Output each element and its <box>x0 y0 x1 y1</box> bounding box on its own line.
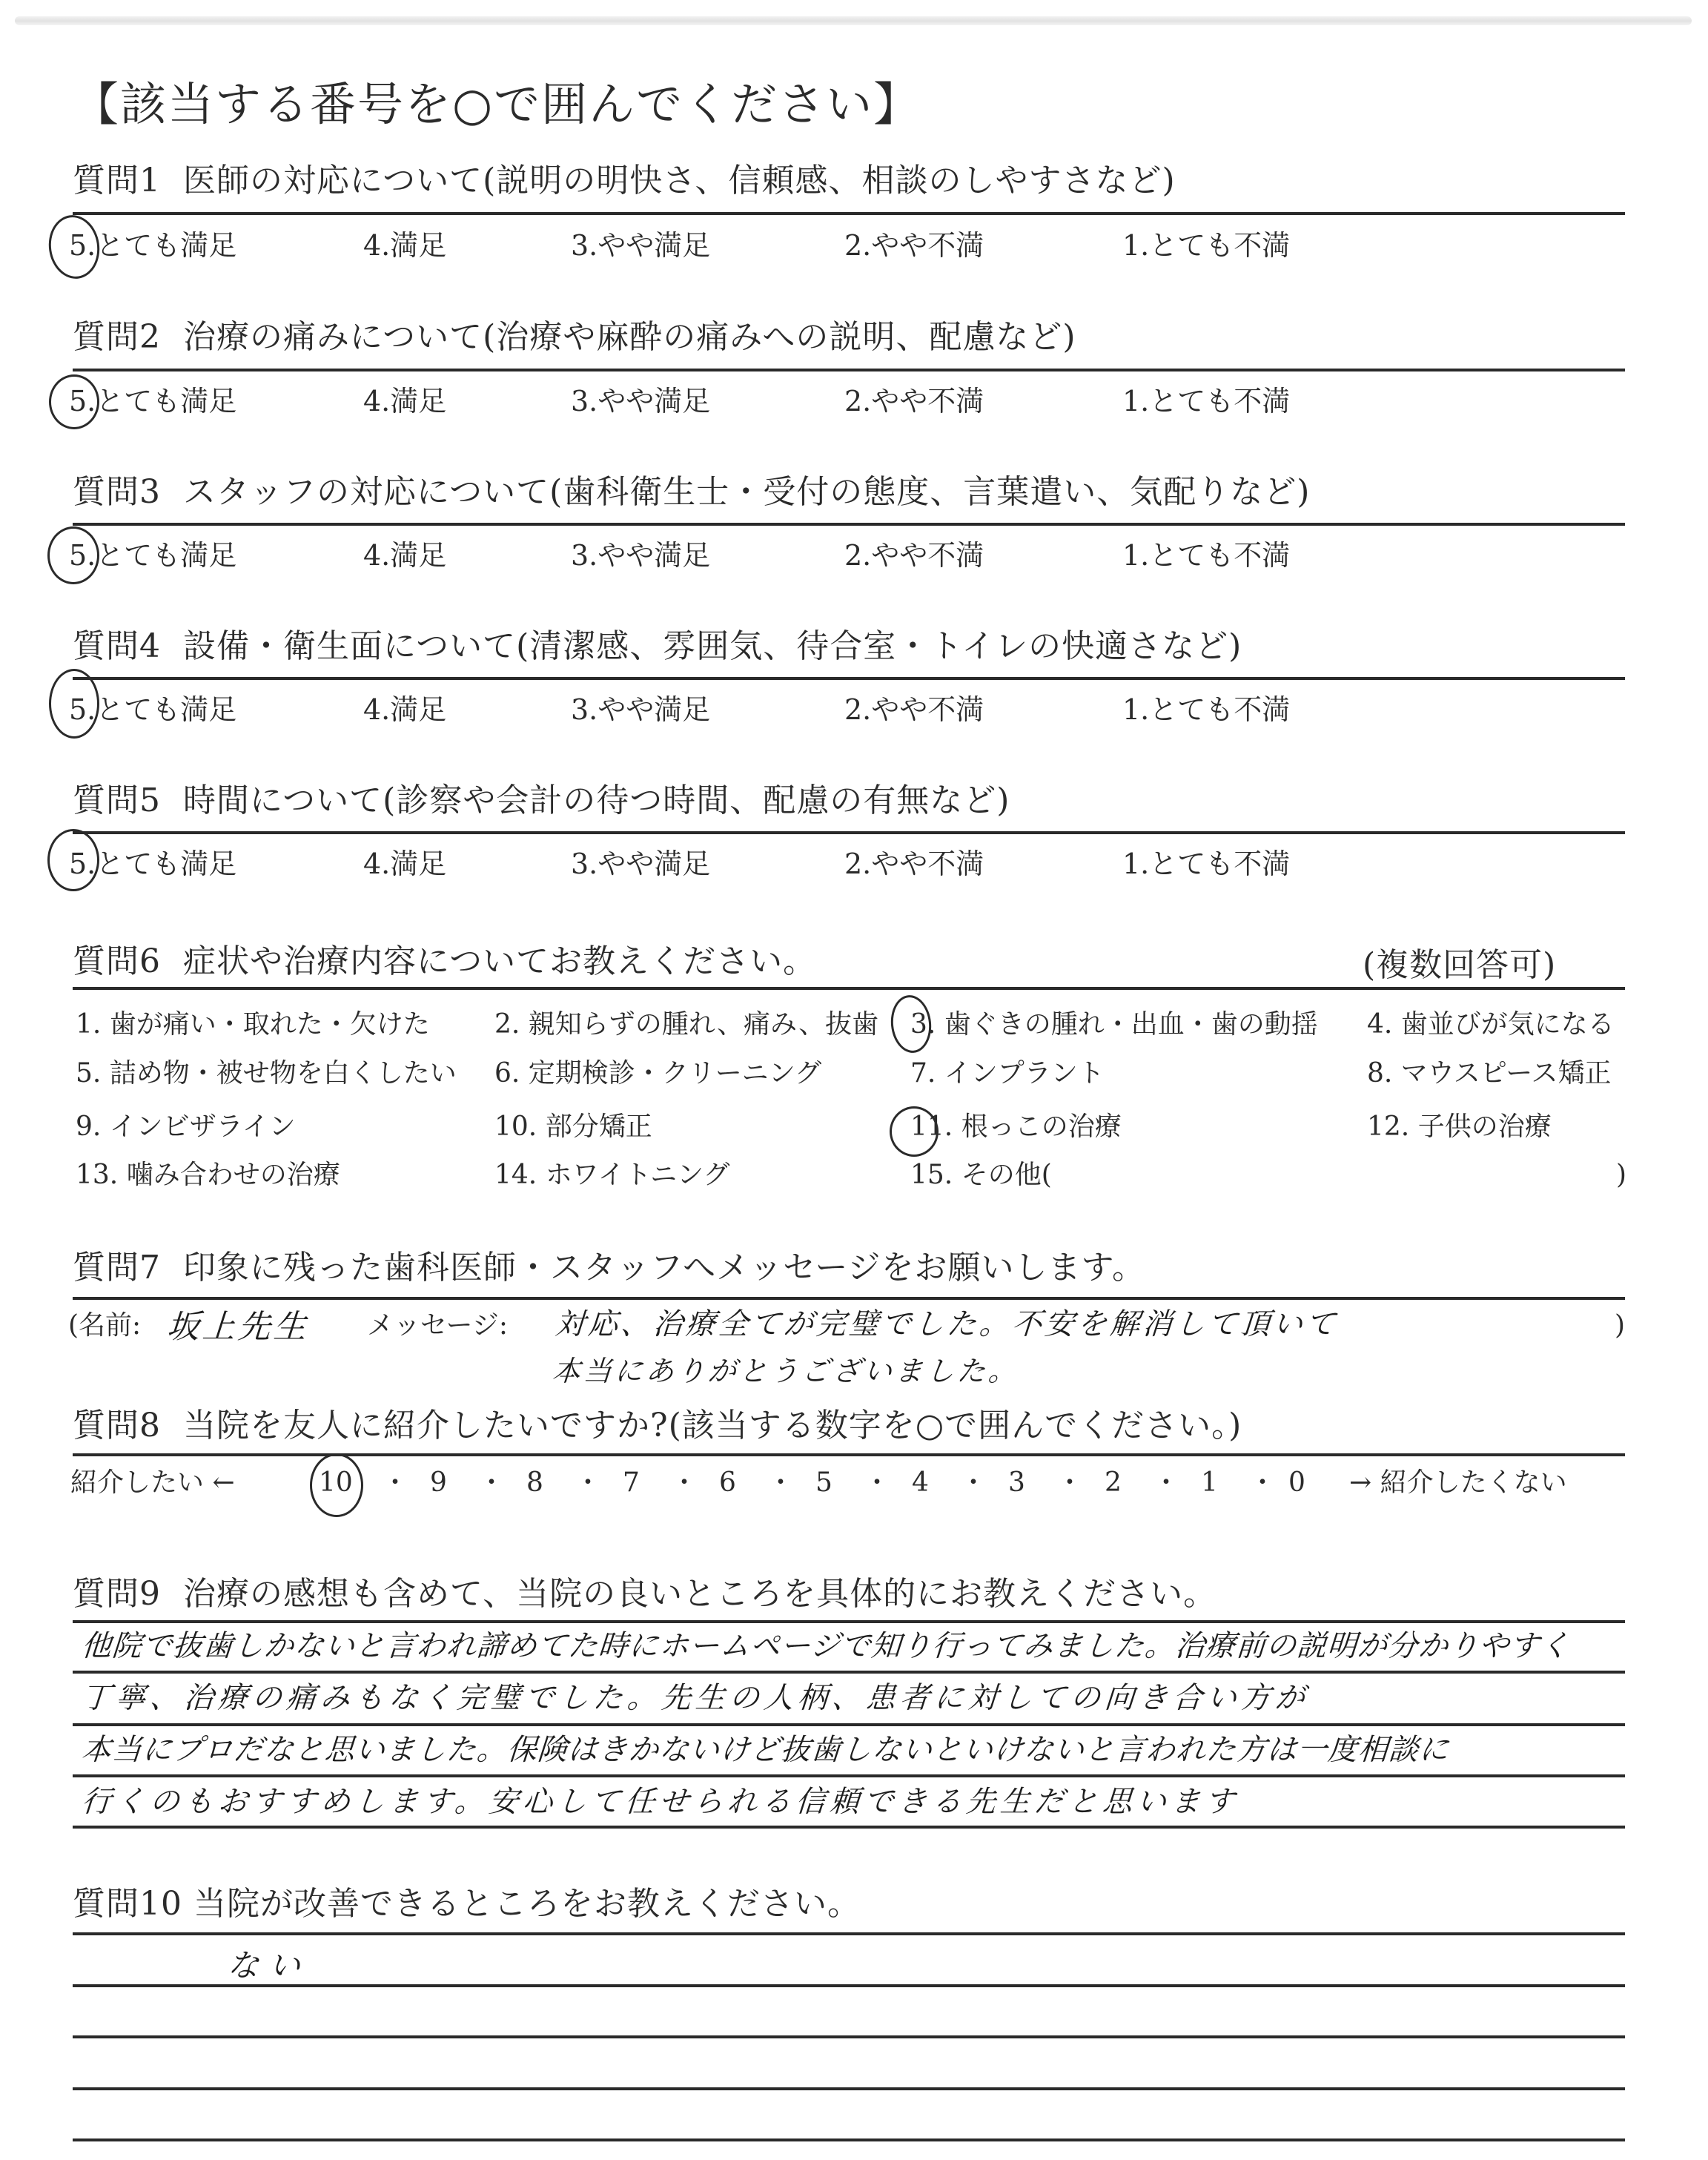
q6-option-8[interactable]: 8. マウスピース矯正 <box>1367 1060 1611 1087</box>
q3-option-1[interactable]: 1.とても不満 <box>1122 541 1290 569</box>
q6-option-13[interactable]: 13. 噛み合わせの治療 <box>76 1162 340 1189</box>
q9-answer-line-2[interactable]: 丁寧、治療の痛みもなく完璧でした。先生の人柄、患者に対しての向き合い方が <box>81 1683 1311 1713</box>
q6-option-1[interactable]: 1. 歯が痛い・取れた・欠けた <box>76 1011 430 1038</box>
page-instruction: 【該当する番号を○で囲んでください】 <box>73 82 921 128</box>
q9-answer-rule-1 <box>73 1671 1625 1674</box>
q10-text: 当院が改善できるところをお教えください。 <box>193 1885 861 1923</box>
q8-separator: ・ <box>1056 1470 1083 1496</box>
q7-label: 質問7 <box>73 1249 161 1287</box>
q9-answer-line-4[interactable]: 行くのもおすすめします。安心して任せられる信頼できる先生だと思います <box>81 1787 1240 1817</box>
q2-option-4[interactable]: 4.満足 <box>363 387 446 415</box>
q6-option-11[interactable]: 11. 根っこの治療 <box>910 1114 1122 1140</box>
q8-separator: ・ <box>1153 1470 1179 1496</box>
q9-text: 治療の感想も含めて、当院の良いところを具体的にお教えください。 <box>183 1575 1217 1613</box>
q5-option-4[interactable]: 4.満足 <box>363 850 446 878</box>
q8-score-5[interactable]: 5 <box>815 1470 833 1496</box>
q9-answer-line-1[interactable]: 他院で抜歯しかないと言われ諦めてた時にホームページで知り行ってみました。治療前の… <box>81 1631 1572 1661</box>
q2-rule <box>73 369 1625 371</box>
q6-option-5[interactable]: 5. 詰め物・被せ物を白くしたい <box>76 1060 457 1087</box>
q4-option-1[interactable]: 1.とても不満 <box>1122 696 1290 724</box>
q7-name-label: (名前: <box>68 1312 141 1339</box>
q8-separator: ・ <box>478 1470 505 1496</box>
q6-text: 症状や治療内容についてお教えください。 <box>183 942 816 980</box>
q7-close-paren: ) <box>1615 1312 1625 1339</box>
q7-title: 質問7 印象に残った歯科医師・スタッフへメッセージをお願いします。 <box>73 1252 1145 1284</box>
q3-option-3[interactable]: 3.やや満足 <box>571 541 710 569</box>
q8-left-label: 紹介したい ← <box>70 1470 235 1496</box>
q6-rule <box>73 987 1625 990</box>
q8-score-9[interactable]: 9 <box>430 1470 447 1496</box>
q8-score-7[interactable]: 7 <box>623 1470 640 1496</box>
q6-option-9[interactable]: 9. インビザライン <box>76 1114 296 1140</box>
q5-option-3[interactable]: 3.やや満足 <box>571 850 710 878</box>
q7-message-label: メッセージ: <box>367 1312 508 1339</box>
q5-rule <box>73 831 1625 834</box>
q3-title: 質問3 スタッフの対応について(歯科衛生士・受付の態度、言葉遣い、気配りなど) <box>73 476 1310 509</box>
q8-score-0[interactable]: 0 <box>1288 1470 1305 1496</box>
q9-answer-line-3[interactable]: 本当にプロだなと思いました。保険はきかないけど抜歯しないといけないと言われた方は… <box>81 1735 1451 1765</box>
q5-option-1[interactable]: 1.とても不満 <box>1122 850 1290 878</box>
q6-multiple-note: (複数回答可) <box>1363 949 1556 982</box>
q10-answer-rule-4 <box>73 2138 1625 2141</box>
q6-option-2[interactable]: 2. 親知らずの腫れ、痛み、抜歯 <box>494 1011 878 1038</box>
q9-answer-rule-4 <box>73 1826 1625 1829</box>
q2-option-2[interactable]: 2.やや不満 <box>844 387 984 415</box>
q5-label: 質問5 <box>73 782 161 819</box>
scan-top-edge <box>15 16 1692 25</box>
q6-label: 質問6 <box>73 942 161 980</box>
q5-title: 質問5 時間について(診察や会計の待つ時間、配慮の有無など) <box>73 785 1010 817</box>
q6-option-3[interactable]: 3. 歯ぐきの腫れ・出血・歯の動揺 <box>910 1011 1318 1038</box>
q6-option-15[interactable]: 15. その他( <box>910 1162 1052 1189</box>
q6-option-4[interactable]: 4. 歯並びが気になる <box>1367 1011 1615 1038</box>
q4-option-3[interactable]: 3.やや満足 <box>571 696 710 724</box>
q9-title: 質問9 治療の感想も含めて、当院の良いところを具体的にお教えください。 <box>73 1578 1217 1611</box>
q8-score-4[interactable]: 4 <box>912 1470 929 1496</box>
q10-title: 質問10 当院が改善できるところをお教えください。 <box>73 1888 861 1920</box>
q2-option-1[interactable]: 1.とても不満 <box>1122 387 1290 415</box>
q8-separator: ・ <box>575 1470 601 1496</box>
q8-separator: ・ <box>960 1470 987 1496</box>
q1-selected-circle <box>44 212 103 283</box>
q2-option-3[interactable]: 3.やや満足 <box>571 387 710 415</box>
q6-selected-circle-3 <box>888 993 934 1054</box>
q4-text: 設備・衛生面について(清潔感、雰囲気、待合室・トイレの快適さなど) <box>183 627 1242 665</box>
q8-separator: ・ <box>671 1470 698 1496</box>
q3-selected-circle <box>47 526 99 584</box>
q10-answer-rule-2 <box>73 2035 1625 2038</box>
q7-name-value[interactable]: 坂上先生 <box>165 1311 310 1344</box>
q6-option-14[interactable]: 14. ホワイトニング <box>494 1162 729 1189</box>
q1-option-3[interactable]: 3.やや満足 <box>571 231 710 260</box>
q5-option-2[interactable]: 2.やや不満 <box>844 850 984 878</box>
q5-selected-circle <box>47 829 99 891</box>
q8-separator: ・ <box>767 1470 794 1496</box>
q10-rule <box>73 1932 1625 1935</box>
q8-score-8[interactable]: 8 <box>526 1470 543 1496</box>
q8-score-6[interactable]: 6 <box>719 1470 736 1496</box>
q6-title: 質問6 症状や治療内容についてお教えください。 <box>73 945 816 978</box>
q9-label: 質問9 <box>73 1575 161 1613</box>
q8-right-label: → 紹介したくない <box>1349 1470 1567 1496</box>
q4-option-4[interactable]: 4.満足 <box>363 696 446 724</box>
q1-label: 質問1 <box>73 162 161 199</box>
q8-rule <box>73 1453 1625 1456</box>
q10-answer-line-1[interactable]: ない <box>227 1950 312 1981</box>
q8-title: 質問8 当院を友人に紹介したいですか?(該当する数字を○で囲んでください。) <box>73 1410 1242 1442</box>
q8-score-2[interactable]: 2 <box>1105 1470 1122 1496</box>
q3-label: 質問3 <box>73 473 161 511</box>
q8-selected-circle <box>310 1453 363 1517</box>
q6-option-12[interactable]: 12. 子供の治療 <box>1367 1114 1552 1140</box>
q10-label: 質問10 <box>73 1885 182 1923</box>
q1-option-4[interactable]: 4.満足 <box>363 231 446 260</box>
q1-title: 質問1 医師の対応について(説明の明快さ、信頼感、相談のしやすさなど) <box>73 165 1176 197</box>
q1-option-1[interactable]: 1.とても不満 <box>1122 231 1290 260</box>
q4-label: 質問4 <box>73 627 161 665</box>
q10-answer-rule-1 <box>73 1984 1625 1987</box>
q8-score-1[interactable]: 1 <box>1201 1470 1218 1496</box>
q3-rule <box>73 523 1625 526</box>
q8-text: 当院を友人に紹介したいですか?(該当する数字を○で囲んでください。) <box>183 1407 1242 1444</box>
q8-separator: ・ <box>864 1470 890 1496</box>
q8-score-3[interactable]: 3 <box>1008 1470 1025 1496</box>
q7-rule <box>73 1297 1625 1300</box>
q2-label: 質問2 <box>73 318 161 356</box>
q2-title: 質問2 治療の痛みについて(治療や麻酔の痛みへの説明、配慮など) <box>73 321 1076 354</box>
q9-answer-rule-3 <box>73 1774 1625 1777</box>
q5-text: 時間について(診察や会計の待つ時間、配慮の有無など) <box>183 782 1010 819</box>
q7-text: 印象に残った歯科医師・スタッフへメッセージをお願いします。 <box>183 1249 1145 1287</box>
q2-text: 治療の痛みについて(治療や麻酔の痛みへの説明、配慮など) <box>183 318 1076 356</box>
q8-separator: ・ <box>1249 1470 1276 1496</box>
q6-selected-circle-11 <box>890 1106 939 1157</box>
q3-option-2[interactable]: 2.やや不満 <box>844 541 984 569</box>
q8-separator: ・ <box>382 1470 408 1496</box>
q6-option-6[interactable]: 6. 定期検診・クリーニング <box>494 1060 821 1087</box>
q8-label: 質問8 <box>73 1407 161 1444</box>
q6-other-close-paren: ) <box>1616 1162 1626 1189</box>
q7-message-line1[interactable]: 対応、治療全てが完璧でした。不安を解消して頂いて <box>555 1309 1340 1339</box>
q1-rule <box>73 212 1625 215</box>
q6-option-7[interactable]: 7. インプラント <box>910 1060 1105 1087</box>
q1-text: 医師の対応について(説明の明快さ、信頼感、相談のしやすさなど) <box>183 162 1176 199</box>
q2-selected-circle <box>49 374 99 429</box>
q9-answer-rule-2 <box>73 1723 1625 1726</box>
q10-answer-rule-3 <box>73 2087 1625 2090</box>
q4-rule <box>73 677 1625 680</box>
q4-title: 質問4 設備・衛生面について(清潔感、雰囲気、待合室・トイレの快適さなど) <box>73 630 1242 663</box>
q7-message-line2[interactable]: 本当にありがとうございました。 <box>552 1357 1021 1385</box>
q1-option-2[interactable]: 2.やや不満 <box>844 231 984 260</box>
q4-selected-circle <box>49 669 99 739</box>
q3-text: スタッフの対応について(歯科衛生士・受付の態度、言葉遣い、気配りなど) <box>183 473 1310 511</box>
q4-option-2[interactable]: 2.やや不満 <box>844 696 984 724</box>
q3-option-4[interactable]: 4.満足 <box>363 541 446 569</box>
q6-option-10[interactable]: 10. 部分矯正 <box>494 1114 652 1140</box>
q9-rule <box>73 1620 1625 1623</box>
